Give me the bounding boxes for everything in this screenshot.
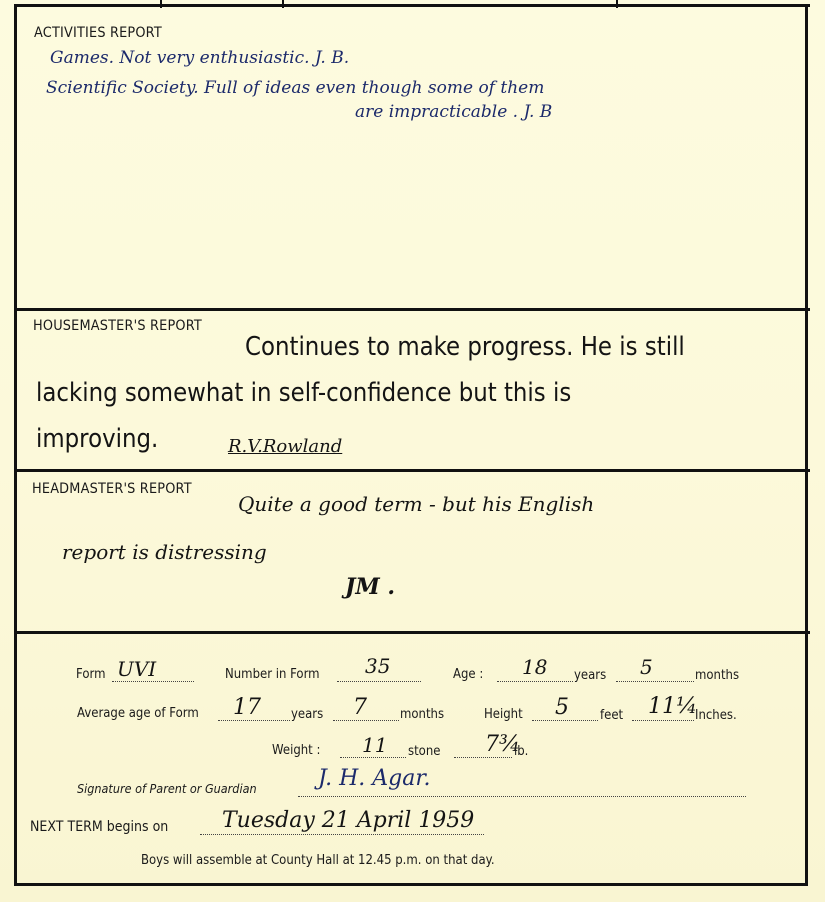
next-term-date: Tuesday 21 April 1959 [222, 808, 474, 833]
headmaster-line: report is distressing [62, 540, 267, 564]
next-term-line [200, 834, 484, 835]
average-age-label: Average age of Form [77, 706, 199, 721]
signature-label: Signature of Parent or Guardian [77, 781, 257, 796]
height-label: Height [484, 707, 523, 722]
height-feet-value: 5 [555, 695, 569, 720]
housemaster-line: Continues to make progress. He is still [245, 332, 685, 362]
headmaster-initials: JM . [345, 574, 395, 600]
signature-line[interactable] [298, 796, 746, 797]
section-divider [14, 631, 810, 634]
activities-heading: ACTIVITIES REPORT [34, 25, 162, 41]
headmaster-line: Quite a good term - but his English [238, 492, 594, 516]
form-field-line [112, 681, 194, 682]
number-in-form-label: Number in Form [225, 667, 320, 682]
activities-line: are impracticable . J. B [355, 102, 552, 122]
avg-years-line [218, 720, 290, 721]
age-label: Age : [453, 667, 483, 682]
section-divider [14, 308, 810, 311]
height-inches-line [632, 720, 694, 721]
years-label: years [574, 668, 606, 683]
form-value: UVI [117, 657, 156, 681]
next-term-label: NEXT TERM begins on [30, 819, 168, 835]
activities-line: Scientific Society. Full of ideas even t… [46, 78, 544, 98]
height-inches-value: 11¼ [648, 694, 697, 719]
parent-signature: J. H. Agar. [318, 766, 430, 791]
inches-label: Inches. [695, 708, 737, 723]
feet-label: feet [600, 708, 623, 723]
number-in-form-value: 35 [365, 654, 390, 678]
housemaster-line: improving. [36, 424, 158, 454]
stone-label: stone [408, 744, 440, 759]
age-months-value: 5 [640, 655, 653, 679]
age-years-value: 18 [522, 655, 547, 679]
weight-stone-line [340, 757, 406, 758]
assemble-note: Boys will assemble at County Hall at 12.… [141, 853, 495, 868]
section-divider [14, 469, 810, 472]
avg-years-value: 17 [233, 695, 261, 720]
height-feet-line [532, 720, 598, 721]
housemaster-signature: R.V.Rowland [228, 436, 342, 457]
weight-label: Weight : [272, 743, 320, 758]
housemaster-heading: HOUSEMASTER'S REPORT [33, 318, 202, 334]
number-field-line [337, 681, 421, 682]
age-months-line [616, 681, 694, 682]
avg-months-line [333, 720, 399, 721]
weight-lb-line [454, 757, 512, 758]
form-label: Form [76, 667, 105, 682]
avg-months-label: months [400, 707, 444, 722]
avg-years-label: years [291, 707, 323, 722]
headmaster-heading: HEADMASTER'S REPORT [32, 481, 192, 497]
age-years-line [497, 681, 573, 682]
months-label: months [695, 668, 739, 683]
avg-months-value: 7 [353, 695, 367, 720]
activities-line: Games. Not very enthusiastic. J. B. [50, 48, 349, 68]
housemaster-line: lacking somewhat in self-confidence but … [36, 378, 571, 408]
weight-stone-value: 11 [362, 733, 387, 757]
lb-label: lb. [514, 744, 528, 759]
